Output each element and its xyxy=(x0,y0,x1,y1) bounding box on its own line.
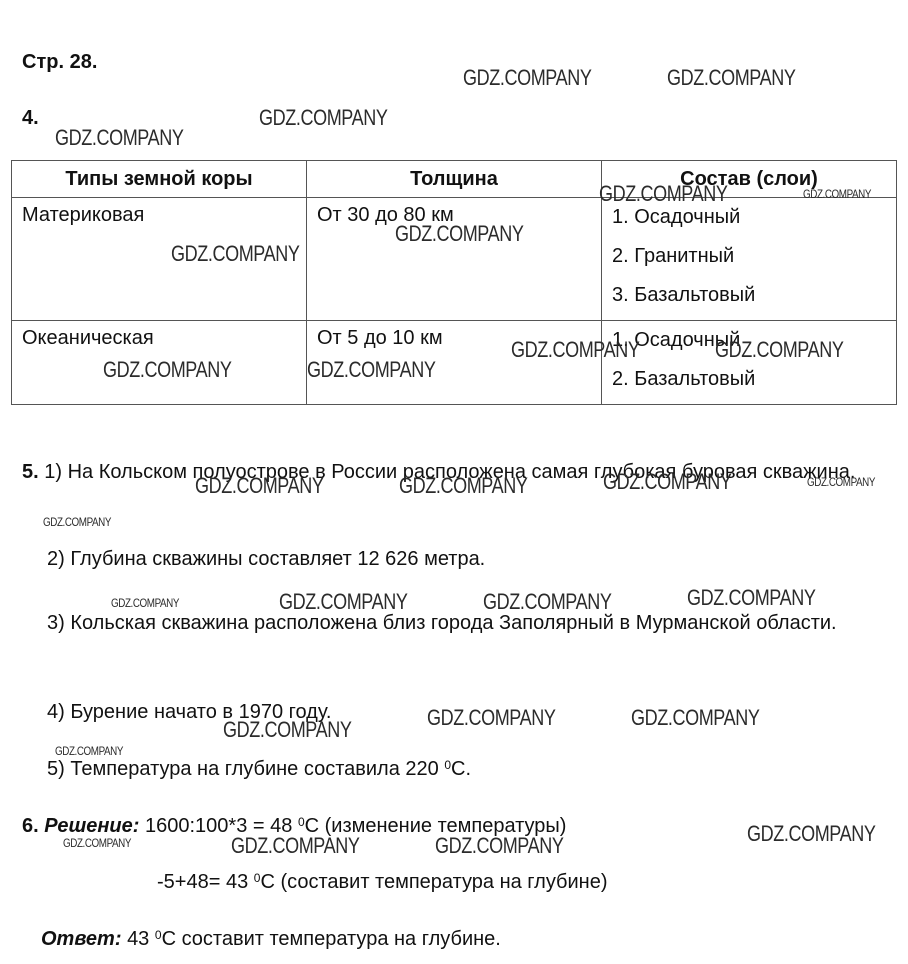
watermark: GDZ.COMPANY xyxy=(395,222,523,246)
header-crust-type: Типы земной коры xyxy=(12,161,307,198)
task-5-number: 5. xyxy=(22,461,39,483)
watermark: GDZ.COMPANY xyxy=(259,106,387,130)
layer-item: 2. Базальтовый xyxy=(612,360,886,399)
watermark: GDZ.COMPANY xyxy=(803,187,871,201)
task-5-item-2: 2) Глубина скважины составляет 12 626 ме… xyxy=(47,547,485,571)
task-6-solution-line-2: -5+48= 43 0С (составит температура на гл… xyxy=(157,870,608,894)
watermark: GDZ.COMPANY xyxy=(427,706,555,730)
watermark: GDZ.COMPANY xyxy=(103,358,231,382)
watermark: GDZ.COMPANY xyxy=(435,834,563,858)
crust-type: Океаническая xyxy=(12,321,306,355)
watermark: GDZ.COMPANY xyxy=(279,590,407,614)
header-thickness: Толщина xyxy=(307,161,602,198)
watermark: GDZ.COMPANY xyxy=(483,590,611,614)
watermark: GDZ.COMPANY xyxy=(747,822,875,846)
degree-sign: 0 xyxy=(298,815,305,829)
watermark: GDZ.COMPANY xyxy=(463,66,591,90)
watermark: GDZ.COMPANY xyxy=(603,470,731,494)
task-5-item-5: 5) Температура на глубине составила 220 … xyxy=(47,757,471,781)
layer-item: 2. Гранитный xyxy=(612,237,886,276)
watermark: GDZ.COMPANY xyxy=(807,475,875,489)
watermark: GDZ.COMPANY xyxy=(171,242,299,266)
table-header-row: Типы земной коры Толщина Состав (слои) xyxy=(12,161,897,198)
watermark: GDZ.COMPANY xyxy=(667,66,795,90)
watermark: GDZ.COMPANY xyxy=(599,182,727,206)
watermark: GDZ.COMPANY xyxy=(55,744,123,758)
watermark: GDZ.COMPANY xyxy=(43,515,111,529)
answer-label: Ответ: xyxy=(41,928,122,950)
degree-sign: 0 xyxy=(444,758,451,772)
watermark: GDZ.COMPANY xyxy=(399,474,527,498)
watermark: GDZ.COMPANY xyxy=(631,706,759,730)
table-row: Материковая От 30 до 80 км 1. Осадочный … xyxy=(12,198,897,321)
layer-item: 3. Базальтовый xyxy=(612,276,886,315)
degree-sign: 0 xyxy=(254,871,261,885)
watermark: GDZ.COMPANY xyxy=(715,338,843,362)
crust-type: Материковая xyxy=(12,198,306,232)
watermark: GDZ.COMPANY xyxy=(111,596,179,610)
page-label: Стр. 28. xyxy=(22,50,97,74)
solution-label: Решение: xyxy=(44,815,139,837)
watermark: GDZ.COMPANY xyxy=(63,836,131,850)
watermark: GDZ.COMPANY xyxy=(511,338,639,362)
degree-sign: 0 xyxy=(155,928,162,942)
watermark: GDZ.COMPANY xyxy=(687,586,815,610)
watermark: GDZ.COMPANY xyxy=(307,358,435,382)
task-4-number: 4. xyxy=(22,106,39,130)
task-6-answer: Ответ: 43 0С составит температура на глу… xyxy=(41,927,501,951)
watermark: GDZ.COMPANY xyxy=(223,718,351,742)
watermark: GDZ.COMPANY xyxy=(231,834,359,858)
watermark: GDZ.COMPANY xyxy=(55,126,183,150)
watermark: GDZ.COMPANY xyxy=(195,474,323,498)
task-6-number: 6. xyxy=(22,815,39,837)
